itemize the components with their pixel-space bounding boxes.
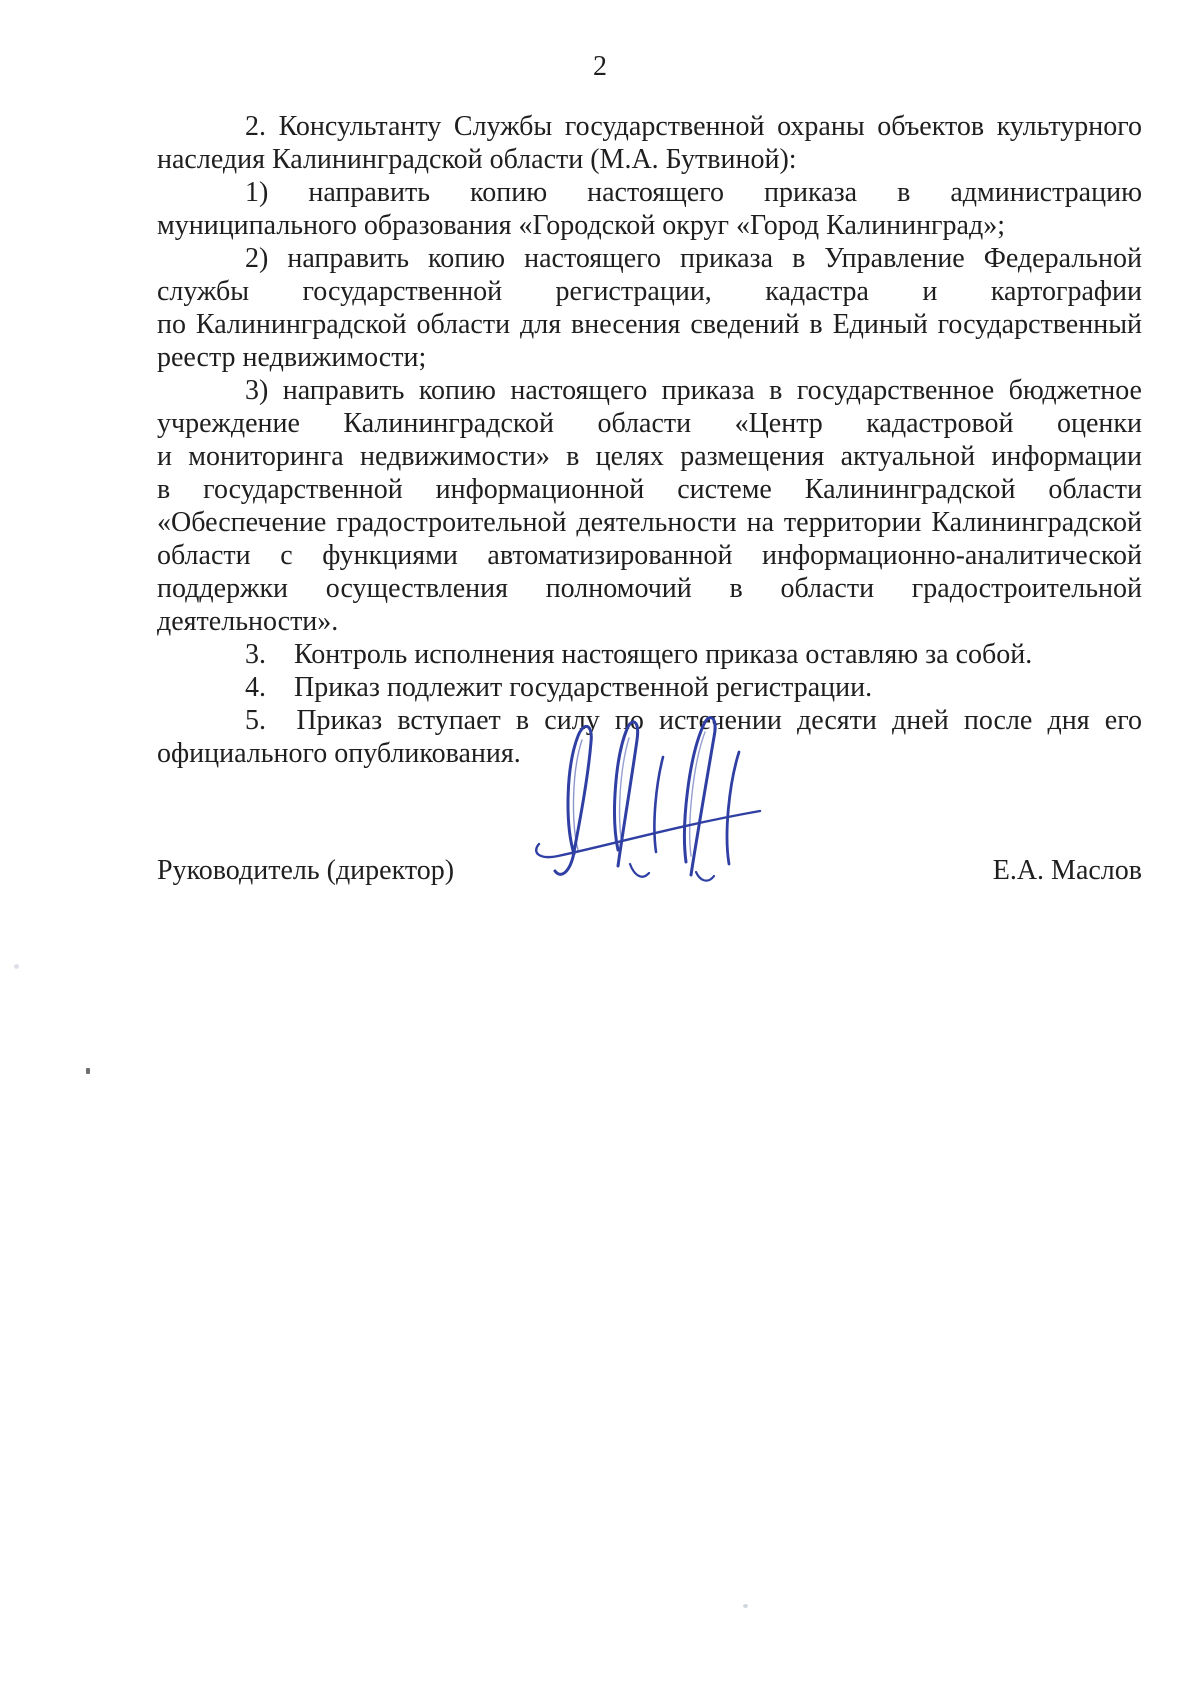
text-line: поддержки осуществления полномочий в обл… <box>157 572 1142 605</box>
page-number: 2 <box>0 50 1200 83</box>
text-line: по Калининградской области для внесения … <box>157 308 1142 341</box>
text-line: наследия Калининградской области (М.А. Б… <box>157 143 1142 176</box>
text-line: 4. Приказ подлежит государственной регис… <box>157 671 1142 704</box>
text-line: 2) направить копию настоящего приказа в … <box>157 242 1142 275</box>
text-line: области с функциями автоматизированной и… <box>157 539 1142 572</box>
text-line: в государственной информационной системе… <box>157 473 1142 506</box>
text-line: «Обеспечение градостроительной деятельно… <box>157 506 1142 539</box>
text-line: службы государственной регистрации, када… <box>157 275 1142 308</box>
signer-name: Е.А. Маслов <box>993 854 1142 887</box>
text-line: 3) направить копию настоящего приказа в … <box>157 374 1142 407</box>
text-line: муниципального образования «Городской ок… <box>157 209 1142 242</box>
text-line: 3. Контроль исполнения настоящего приказ… <box>157 638 1142 671</box>
signature-autograph <box>530 712 770 887</box>
text-line: 2. Консультанту Службы государственной о… <box>157 110 1142 143</box>
document-body: 2. Консультанту Службы государственной о… <box>157 110 1142 770</box>
scan-artifact-dot <box>14 964 19 969</box>
text-line: учреждение Калининградской области «Цент… <box>157 407 1142 440</box>
scan-artifact-dot <box>743 1604 748 1608</box>
document-page: 2 2. Консультанту Службы государственной… <box>0 0 1200 1697</box>
text-line: деятельности». <box>157 605 1142 638</box>
text-line: и мониторинга недвижимости» в целях разм… <box>157 440 1142 473</box>
signer-title: Руководитель (директор) <box>157 854 454 887</box>
text-line: 1) направить копию настоящего приказа в … <box>157 176 1142 209</box>
scan-artifact-dot <box>86 1068 90 1074</box>
text-line: реестр недвижимости; <box>157 341 1142 374</box>
